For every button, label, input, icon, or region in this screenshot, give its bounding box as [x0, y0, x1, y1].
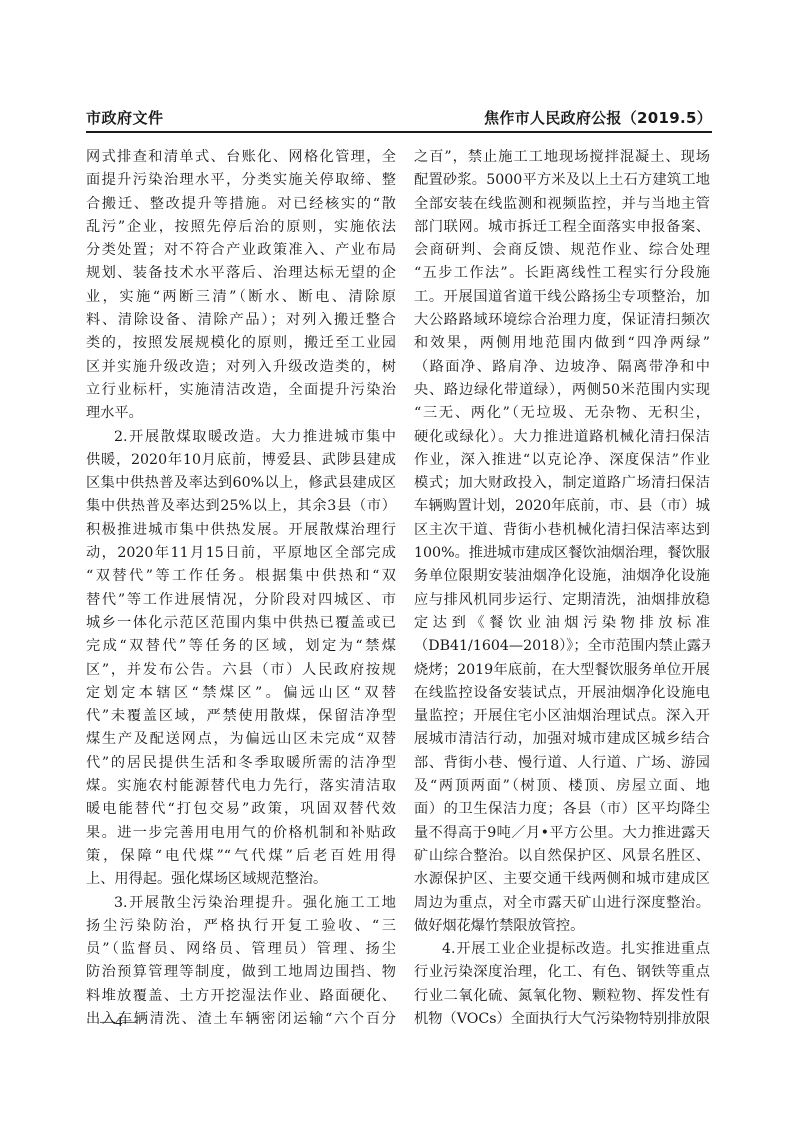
text-line: 定划定本辖区“禁煤区”。偏远山区“双替 [86, 682, 396, 705]
text-line: 城乡一体化示范区范围内集中供热已覆盖或已 [86, 612, 396, 635]
text-line: 100%。推进城市建成区餐饮油烟治理，餐饮服 [414, 542, 710, 565]
text-line: 乱污”企业，按照先停后治的原则，实施依法 [86, 216, 396, 239]
text-line: 暖电能替代“打包交易”政策，巩固双替代效 [86, 798, 396, 821]
text-line: 工。开展国道省道干线公路扬尘专项整治，加 [414, 286, 710, 309]
section-label: 市政府文件 [86, 107, 164, 128]
text-line: 及“两顶两面”（树顶、楼顶、房屋立面、地 [414, 775, 710, 798]
text-line: 区主次干道、背街小巷机械化清扫保洁率达到 [414, 519, 710, 542]
text-line: 模式；加大财政投入，制定道路广场清扫保洁 [414, 472, 710, 495]
text-line: 水源保护区、主要交通干线两侧和城市建成区 [414, 868, 710, 891]
text-line: 策，保障“电代煤”“气代煤”后老百姓用得 [86, 845, 396, 868]
paragraph-start-line: 4.开展工业企业提标改造。扎实推进重点 [414, 938, 710, 961]
text-line: 周边为重点，对全市露天矿山进行深度整治。 [414, 892, 710, 915]
text-line: 分类处置；对不符合产业政策准入、产业布局 [86, 239, 396, 262]
text-line: 区集中供热普及率达到60%以上，修武县建成区 [86, 472, 396, 495]
text-line: 完成“双替代”等任务的区域，划定为“禁煤 [86, 635, 396, 658]
text-line: 扬尘污染防治，严格执行开复工验收、“三 [86, 915, 396, 938]
text-line: 理水平。 [86, 402, 396, 425]
text-line: 煤。实施农村能源替代电力先行，落实清洁取 [86, 775, 396, 798]
text-line: 业，实施“两断三清”（断水、断电、清除原 [86, 286, 396, 309]
text-line: 防治预算管理等制度，做到工地周边围挡、物 [86, 961, 396, 984]
text-line: 会商研判、会商反馈、规范作业、综合处理 [414, 239, 710, 262]
text-line: 在线监控设备安装试点，开展油烟净化设施电 [414, 682, 710, 705]
publication-title: 焦作市人民政府公报（2019.5） [484, 107, 712, 128]
text-line: 全部安装在线监测和视频监控，并与当地主管 [414, 193, 710, 216]
text-line: 替代”等工作进展情况，分阶段对四城区、市 [86, 589, 396, 612]
text-line: “五步工作法”。长距离线性工程实行分段施 [414, 262, 710, 285]
text-line: 量不得高于9吨／月•平方公里。大力推进露天 [414, 822, 710, 845]
text-line: 矿山综合整治。以自然保护区、风景名胜区、 [414, 845, 710, 868]
text-line: 积极推进城市集中供热发展。开展散煤治理行 [86, 519, 396, 542]
text-line: 配置砂浆。5000平方米及以上土石方建筑工地 [414, 169, 710, 192]
text-line: 做好烟花爆竹禁限放管控。 [414, 915, 710, 938]
text-line: 集中供热普及率达到25%以上，其余3县（市） [86, 495, 396, 518]
text-line: 动，2020年11月15日前，平原地区全部完成 [86, 542, 396, 565]
text-line: 区并实施升级改造；对列入升级改造类的，树 [86, 356, 396, 379]
text-line: 行业污染深度治理，化工、有色、钢铁等重点 [414, 961, 710, 984]
text-line: 类的，按照发展规模化的原则，搬迁至工业园 [86, 332, 396, 355]
text-line: （路面净、路肩净、边坡净、隔离带净和中 [414, 356, 710, 379]
text-line: 规划、装备技术水平落后、治理达标无望的企 [86, 262, 396, 285]
text-line: 展城市清洁行动，加强对城市建成区城乡结合 [414, 728, 710, 751]
text-line: 应与排风机同步运行、定期清洗，油烟排放稳 [414, 589, 710, 612]
text-line: 央、路边绿化带道绿），两侧50米范围内实现 [414, 379, 710, 402]
text-line: 和效果，两侧用地范围内做到“四净两绿” [414, 332, 710, 355]
text-line: 硬化或绿化）。大力推进道路机械化清扫保洁 [414, 426, 710, 449]
text-line: 之百”，禁止施工工地现场搅拌混凝土、现场 [414, 146, 710, 169]
text-line: 煤生产及配送网点，为偏远山区未完成“双替 [86, 728, 396, 751]
text-line: 部门联网。城市拆迁工程全面落实申报备案、 [414, 216, 710, 239]
text-line: 料堆放覆盖、土方开挖湿法作业、路面硬化、 [86, 985, 396, 1008]
text-line: 作业，深入推进“以克论净、深度保洁”作业 [414, 449, 710, 472]
text-line: 大公路路域环境综合治理力度，保证清扫频次 [414, 309, 710, 332]
left-column: 网式排查和清单式、台账化、网格化管理，全面提升污染治理水平，分类实施关停取缔、整… [86, 146, 396, 1031]
text-line: 区”，并发布公告。六县（市）人民政府按规 [86, 659, 396, 682]
text-line: 量监控；开展住宅小区油烟治理试点。深入开 [414, 705, 710, 728]
text-line: 员”（监督员、网络员、管理员）管理、扬尘 [86, 938, 396, 961]
right-column: 之百”，禁止施工工地现场搅拌混凝土、现场配置砂浆。5000平方米及以上土石方建筑… [414, 146, 710, 1031]
paragraph-start-line: 3.开展散尘污染治理提升。强化施工工地 [86, 892, 396, 915]
text-line: 网式排查和清单式、台账化、网格化管理，全 [86, 146, 396, 169]
paragraph-start-line: 2.开展散煤取暖改造。大力推进城市集中 [86, 426, 396, 449]
text-line: 车辆购置计划，2020年底前，市、县（市）城 [414, 495, 710, 518]
text-line: 供暖，2020年10月底前，博爱县、武陟县建成 [86, 449, 396, 472]
text-line: 料、清除设备、清除产品）；对列入搬迁整合 [86, 309, 396, 332]
text-line: “双替代”等工作任务。根据集中供热和“双 [86, 565, 396, 588]
header-rule [86, 131, 712, 133]
text-line: 行业二氧化硫、氮氧化物、颗粒物、挥发性有 [414, 985, 710, 1008]
page-number: —4— [100, 1014, 138, 1031]
text-line: 机物（VOCs）全面执行大气污染物特别排放限 [414, 1008, 710, 1031]
page-header: 市政府文件 焦作市人民政府公报（2019.5） [86, 107, 712, 129]
text-line: 面提升污染治理水平，分类实施关停取缔、整 [86, 169, 396, 192]
text-line: 立行业标杆，实施清洁改造，全面提升污染治 [86, 379, 396, 402]
text-line: 定达到《餐饮业油烟污染物排放标准 [414, 612, 710, 635]
text-line: 部、背街小巷、慢行道、人行道、广场、游园 [414, 752, 710, 775]
text-line: 代”未覆盖区域，严禁使用散煤，保留洁净型 [86, 705, 396, 728]
text-line: 上、用得起。强化煤场区域规范整治。 [86, 868, 396, 891]
text-line: 合搬迁、整改提升等措施。对已经核实的“散 [86, 193, 396, 216]
text-line: “三无、两化”（无垃圾、无杂物、无积尘， [414, 402, 710, 425]
text-line: 果。进一步完善用电用气的价格机制和补贴政 [86, 822, 396, 845]
text-line: 务单位限期安装油烟净化设施，油烟净化设施 [414, 565, 710, 588]
text-line: 烧烤；2019年底前，在大型餐饮服务单位开展 [414, 659, 710, 682]
text-line: 代”的居民提供生活和冬季取暖所需的洁净型 [86, 752, 396, 775]
text-line: 面）的卫生保洁力度；各县（市）区平均降尘 [414, 798, 710, 821]
text-line: （DB41/1604—2018）》；全市范围内禁止露天 [414, 635, 710, 658]
